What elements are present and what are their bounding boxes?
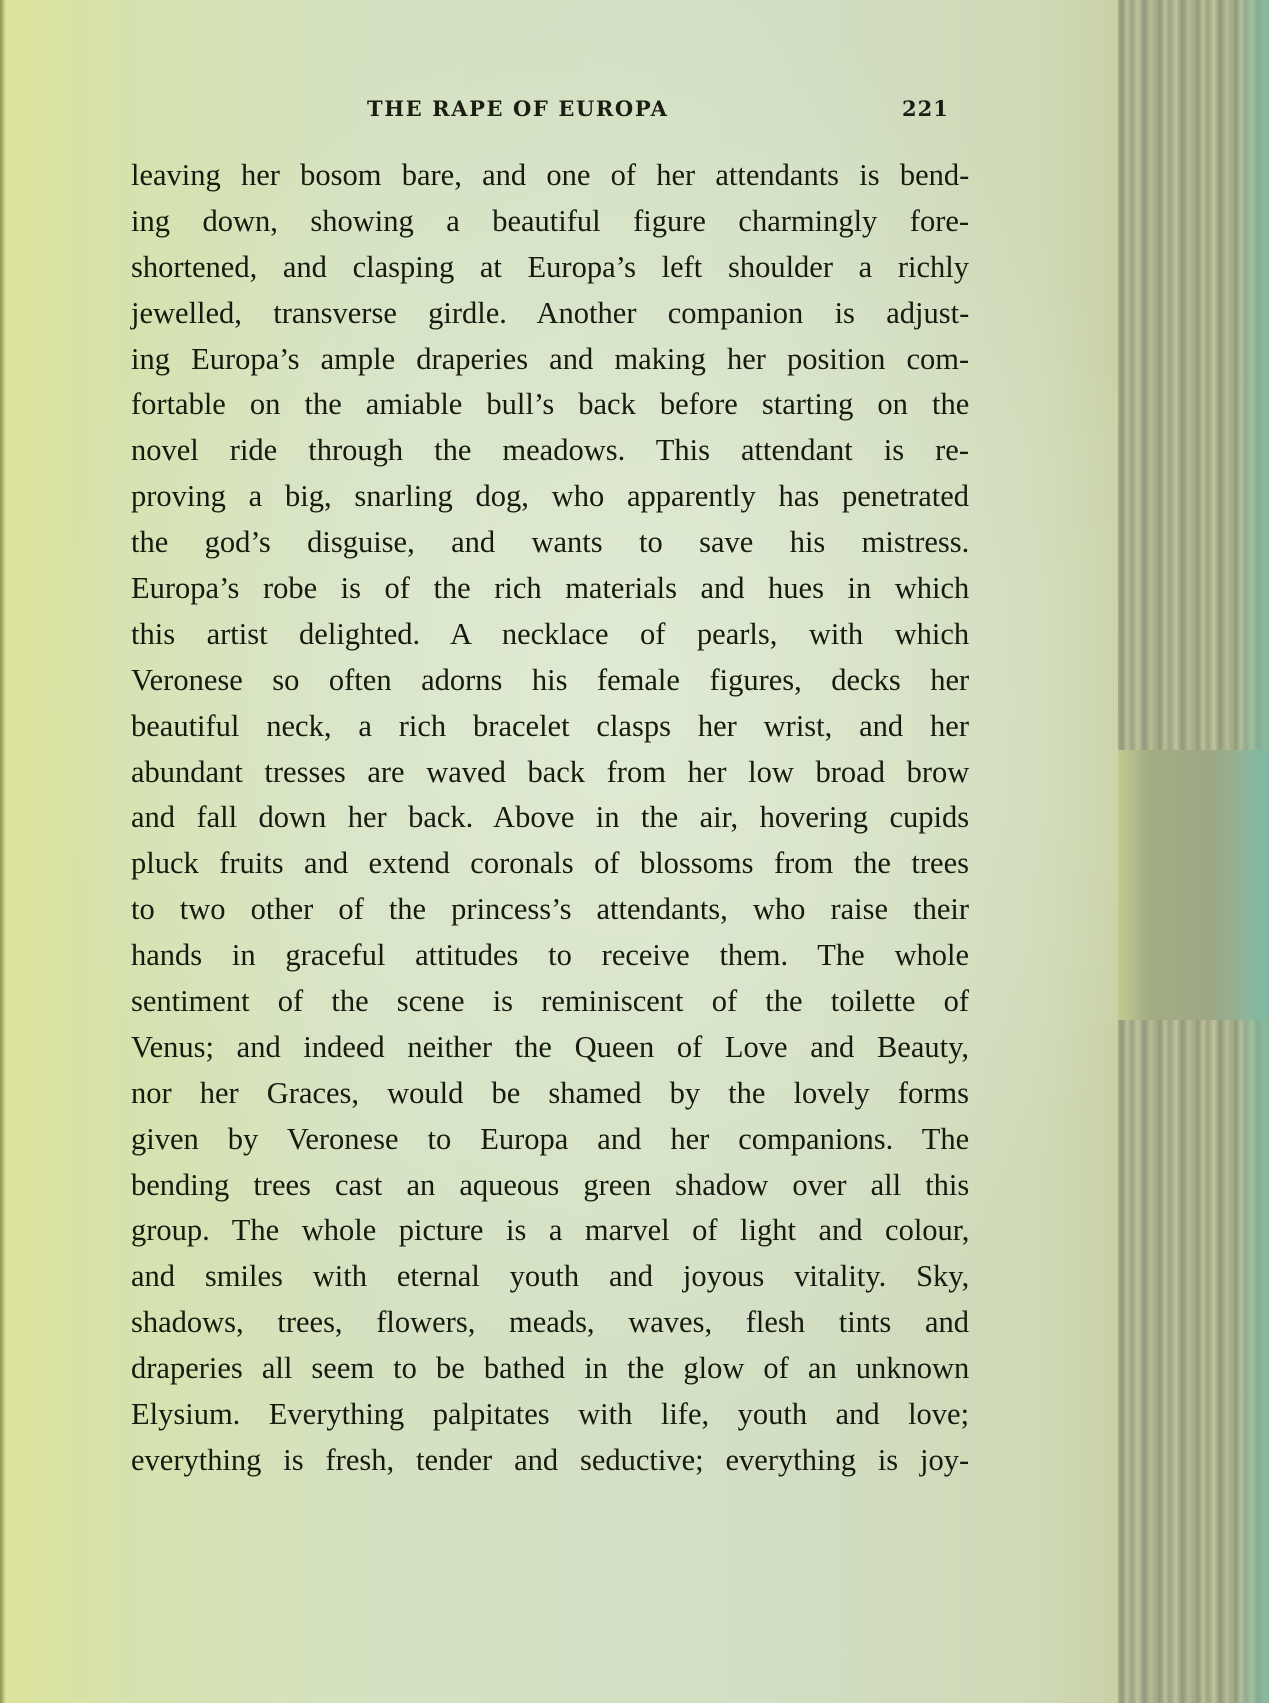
running-title: THE RAPE OF EUROPA — [367, 96, 669, 121]
text-line: shortened, and clasping at Europa’s left… — [131, 245, 969, 291]
text-line: ing down, showing a beautiful figure cha… — [131, 199, 969, 245]
text-line: to two other of the princess’s attendant… — [131, 887, 969, 933]
book-page-edges — [1118, 0, 1269, 1703]
text-line: given by Veronese to Europa and her comp… — [131, 1117, 969, 1163]
text-line: this artist delighted. A necklace of pea… — [131, 612, 969, 658]
text-line: bending trees cast an aqueous green shad… — [131, 1163, 969, 1209]
text-line: sentiment of the scene is reminiscent of… — [131, 979, 969, 1025]
text-line: shadows, trees, flowers, meads, waves, f… — [131, 1300, 969, 1346]
text-line: beautiful neck, a rich bracelet clasps h… — [131, 704, 969, 750]
text-line: fortable on the amiable bull’s back befo… — [131, 382, 969, 428]
text-line: jewelled, transverse girdle. Another com… — [131, 291, 969, 337]
text-line: proving a big, snarling dog, who apparen… — [131, 474, 969, 520]
text-line: abundant tresses are waved back from her… — [131, 750, 969, 796]
text-line: Elysium. Everything palpitates with life… — [131, 1392, 969, 1438]
text-line: pluck fruits and extend coronals of blos… — [131, 841, 969, 887]
text-line: draperies all seem to be bathed in the g… — [131, 1346, 969, 1392]
page-edge-band — [1118, 750, 1269, 1020]
running-head: THE RAPE OF EUROPA 221 — [0, 96, 1269, 136]
text-line: and fall down her back. Above in the air… — [131, 795, 969, 841]
page-number: 221 — [902, 96, 949, 121]
text-line: and smiles with eternal youth and joyous… — [131, 1254, 969, 1300]
page-gutter-shadow — [0, 0, 6, 1703]
book-page: THE RAPE OF EUROPA 221 leaving her bosom… — [0, 0, 1269, 1703]
text-line: leaving her bosom bare, and one of her a… — [131, 153, 969, 199]
text-line: Europa’s robe is of the rich materials a… — [131, 566, 969, 612]
text-line: ing Europa’s ample draperies and making … — [131, 337, 969, 383]
text-line: group. The whole picture is a marvel of … — [131, 1208, 969, 1254]
text-line: Venus; and indeed neither the Queen of L… — [131, 1025, 969, 1071]
text-line: novel ride through the meadows. This att… — [131, 428, 969, 474]
text-line: Veronese so often adorns his female figu… — [131, 658, 969, 704]
text-line: everything is fresh, tender and seductiv… — [131, 1438, 969, 1484]
text-line: nor her Graces, would be shamed by the l… — [131, 1071, 969, 1117]
text-line: hands in graceful attitudes to receive t… — [131, 933, 969, 979]
body-text: leaving her bosom bare, and one of her a… — [131, 153, 969, 1484]
text-line: the god’s disguise, and wants to save hi… — [131, 520, 969, 566]
